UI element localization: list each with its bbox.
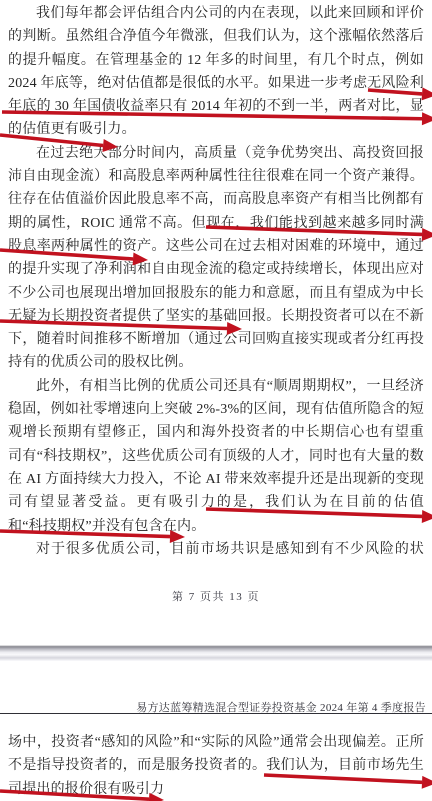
- text-line: 对于很多优质公司，目前市场共识是感知到有不少风险的状态。但在资本市: [8, 538, 424, 561]
- text-line: 我们每年都会评估组合内公司的内在表现，以此来回顾和评价对公司基本面: [8, 2, 424, 25]
- text-line: 场中，投资者“感知的风险”和“实际的风险”通常会出现偏差。正所谓，市场先生: [8, 731, 424, 754]
- document-viewer: 我们每年都会评估组合内公司的内在表现，以此来回顾和评价对公司基本面的判断。虽然组…: [0, 0, 432, 801]
- page-number-footer: 第 7 页共 13 页: [0, 588, 432, 604]
- text-line: 稳固，例如社零增速向上突破 2%-3%的区间，现有估值所隐含的短中长期的悲: [8, 398, 424, 421]
- text-line: 往存在估值溢价因此股息率不高，而高股息率资产有相当比例都有高杠杆或强周: [8, 188, 424, 211]
- text-line: 在过去绝大部分时间内，高质量（竞争优势突出、高投资回报率 ROIC、充: [8, 142, 424, 165]
- text-line: 不是指导投资者的，而是服务投资者的。我们认为，目前市场先生对不少优质公: [8, 754, 424, 777]
- text-line: 持有的优质公司的股权比例。: [8, 351, 424, 374]
- text-line: 司提出的报价很有吸引力: [8, 778, 424, 801]
- text-line: 不少公司也展现出增加回报股东的能力和意愿，而且有望成为中长期的承诺，这: [8, 282, 424, 305]
- text-line: 的估值更有吸引力。: [8, 118, 424, 141]
- text-line: 无疑为长期投资者提供了坚实的基础回报。长期投资者可以在不新增投资的情况: [8, 305, 424, 328]
- page-7-text: 我们每年都会评估组合内公司的内在表现，以此来回顾和评价对公司基本面的判断。虽然组…: [8, 2, 424, 561]
- text-line: 观增长预期有望修正，国内和海外投资者的中长期信心也有望重建。还有一些公: [8, 421, 424, 444]
- header-rule: [0, 713, 432, 714]
- text-line: 沛自由现金流）和高股息率两种属性往往很难在同一个资产兼得。高质量资产往: [8, 165, 424, 188]
- text-line: 和“科技期权”并没有包含在内。: [8, 515, 424, 538]
- text-line: 在 AI 方面持续大力投入，不论 AI 带来效率提升还是出现新的变现场景，这些公: [8, 468, 424, 491]
- page-8: 易方达蓝筹精选混合型证券投资基金 2024 年第 4 季度报告 场中，投资者“感…: [0, 661, 432, 801]
- text-line: 的提升幅度。在管理基金的 12 年多的时间里，有几个时点，例如 2014 年初和: [8, 49, 424, 72]
- text-line: 期的属性，ROIC 通常不高。但现在，我们能找到越来越多同时满足高质量和高: [8, 212, 424, 235]
- text-line: 此外，有相当比例的优质公司还具有“顺周期期权”，一旦经济好转趋势更加: [8, 375, 424, 398]
- text-line: 司有望显著受益。更有吸引力的是，我们认为在目前的估值中，“顺周期期权”: [8, 491, 424, 514]
- text-line: 的判断。虽然组合净值今年微涨，但我们认为，这个涨幅依然落后于其内在价值: [8, 25, 424, 48]
- text-line: 下，随着时间推移不断增加（通过公司回购直接实现或者分红再投资间接实现）: [8, 328, 424, 351]
- page-separator: [0, 645, 432, 661]
- text-line: 司有“科技期权”，这些优质公司有顶级的人才，同时也有大量的数据和应用场景，: [8, 445, 424, 468]
- page-8-text: 场中，投资者“感知的风险”和“实际的风险”通常会出现偏差。正所谓，市场先生不是指…: [8, 731, 424, 801]
- page-7: 我们每年都会评估组合内公司的内在表现，以此来回顾和评价对公司基本面的判断。虽然组…: [0, 0, 432, 645]
- text-line: 年底的 30 年国债收益率只有 2014 年初的不到一半，两者对比，显然 202…: [8, 95, 424, 118]
- text-line: 股息率两种属性的资产。这些公司在过去相对困难的环境中，通过自身经营效率: [8, 235, 424, 258]
- text-line: 2024 年底等，绝对估值都是很低的水平。如果进一步考虑无风险利率水平，2024: [8, 72, 424, 95]
- text-line: 的提升实现了净利润和自由现金流的稳定或持续增长，体现出应对逆境的能力。: [8, 258, 424, 281]
